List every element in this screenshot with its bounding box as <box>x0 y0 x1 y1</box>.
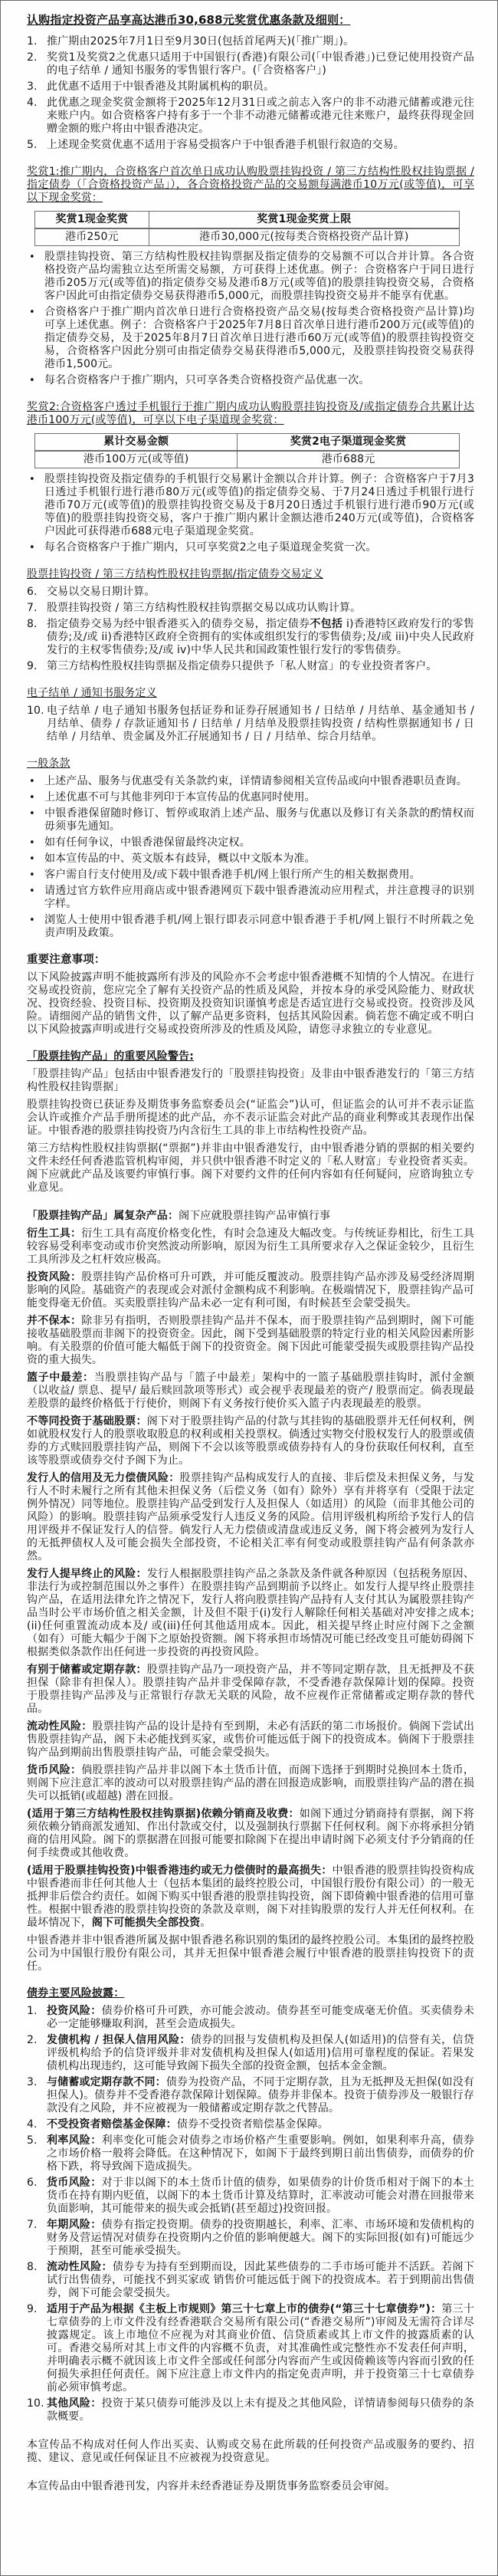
table-cell: 港币30,000元(按每类合资格投资产品计算) <box>149 228 459 246</box>
text-run: 「股票挂钩产品」包括由中银香港发行的「股票挂钩投资」及非由中银香港发行的「第三方… <box>27 1068 474 1093</box>
item-text: 电子结单 / 电子通知书服务包括证券和证券孖展通知书 / 日结单 / 月结单、基… <box>47 705 474 744</box>
item-text: 上述现金奖赏优惠不适用于容易受损客户于中银香港手机银行叙造的交易。 <box>47 139 474 152</box>
numbered-item: 1.推广期由2025年7月1日至9月30日(包括首尾两天)(「推广期」)。 <box>27 35 474 48</box>
text-run: 股票挂钩产品的设计是持有至到期，未必有活跃的第二市场报价。倘阁下尝试出售股票挂钩… <box>27 1720 474 1759</box>
text-run: 股票挂钩产品构成发行人的直接、非后偿及未担保义务，与发行人不时未履行之所有其他未… <box>27 1472 474 1562</box>
item-number: 3. <box>27 2076 47 2115</box>
text-run: 投资于某只债券可能涉及以上未有提及之其他风险，详情请参阅每只债券的条款概要。 <box>47 2397 474 2423</box>
bullet-marker <box>27 807 44 833</box>
bullet-item: 如本宣传品的中、英文版本有歧异，概以中文版本为准。 <box>27 853 474 866</box>
item-text: 中银香港保留随时修订、暂停或取消上述产品、服务与优惠以及修订有关条款的酌情权而毋… <box>44 807 474 833</box>
item-text: 投资风险：债券价格可升可跌，亦可能会波动。债券甚至可能变成毫无价值。买卖债券未必… <box>47 2005 474 2031</box>
bullet-marker <box>27 885 44 911</box>
text-run: 请透过官方软件应用商店或中银香港网页下载中银香港流动应用程式，并注意搜寻的识别字… <box>44 885 474 910</box>
numbered-item: 2.发债机构 / 担保人信用风险：债券的回报与发债机构及担保人(如适用)的信誉有… <box>27 2034 474 2073</box>
text-run: 发行人根据股票挂钩产品之条款及条件就各种原因（包括税务原因、非法行为或控制范围以… <box>27 1568 474 1658</box>
item-text: 上述优惠不可与其他非列印于本宣传品的优惠同时使用。 <box>44 791 474 804</box>
numbered-list: 6.交易以交易日期计算。7.股票挂钩投资 / 第三方结构性股权挂钩票据交易以成功… <box>27 586 474 673</box>
bullet-item: 浏览人士使用中银香港手机/网上银行即表示同意中银香港于手机/网上银行不时所载之免… <box>27 914 474 940</box>
numbered-item: 10.电子结单 / 电子通知书服务包括证券和证券孖展通知书 / 日结单 / 月结… <box>27 705 474 744</box>
item-text: 股票挂钩投资 / 第三方结构性股权挂钩票据交易以成功认购计算。 <box>47 602 474 615</box>
text-run: 股票挂钩产品价格可升可跌，并可能反覆波动。股票挂钩产品亦涉及易受经济周期影响的风… <box>27 1271 474 1309</box>
text-run: 奖赏1及奖赏2之优惠只适用于中国银行(香港)有限公司(「中银香港」)已登记使用投… <box>47 51 474 77</box>
paragraph: 本宣传品由中银香港刊发，内容并未经香港证券及期货事务监察委员会审阅。 <box>27 2480 474 2493</box>
item-text: 客户需自行支付使用及/或下载中银香港手机/网上银行所产生的相关数据费用。 <box>44 869 474 882</box>
reward-table: 奖赏1现金奖赏奖赏1现金奖赏上限港币250元港币30,000元(按每类合资格投资… <box>34 211 460 246</box>
item-text: 货币风险：对于非以阁下的本土货币计值的债券，如果债券的计价货币相对于阁下的本土货… <box>47 2177 474 2216</box>
item-number: 10. <box>27 705 47 744</box>
text-run: 奖赏2:合资格客户透过手机银行于推广期内成功认购股票挂钩投资及/或指定债券合共累… <box>27 401 474 426</box>
bullet-marker <box>27 914 44 940</box>
text-run: 如本宣传品的中、英文版本有歧异，概以中文版本为准。 <box>44 853 316 865</box>
text-run: 上述产品、服务与优惠受有关条款约束，详情请参阅相关宣传品或向中银香港职员查询。 <box>44 775 467 787</box>
paragraph: 本宣传品不构成对任何人作出买卖、认购或交易在此所载的任何投资产品或服务的要约、招… <box>27 2439 474 2465</box>
text-run: 货币风险： <box>27 1764 81 1776</box>
item-text: 年期风险：债券有指定投资期。债券的投资期越长，利率、汇率、市场环境和发债机构的财… <box>47 2219 474 2258</box>
text-run: 对于非以阁下的本土货币计值的债券，如果债券的计价货币相对于阁下的本土货币在持有期… <box>47 2177 474 2215</box>
item-text: 每名合资格客户于推广期内，只可享奖赏2之电子渠道现金奖赏一次。 <box>44 541 474 554</box>
table-header-cell: 奖赏1现金奖赏上限 <box>149 212 459 229</box>
item-text: 推广期由2025年7月1日至9月30日(包括首尾两天)(「推广期」)。 <box>47 35 474 48</box>
bullet-item: 股票挂钩投资及指定债券的手机银行交易累计金额以合并计算。例子：合资格客户于7月3… <box>27 473 474 538</box>
paragraph: 「股票挂钩产品」属复杂产品：阁下应就股票挂钩产品审慎行事 <box>27 1210 474 1223</box>
section-heading: 债券主要风险披露： <box>27 1987 474 2000</box>
section-heading: 一般条款 <box>27 757 474 770</box>
bullet-marker <box>27 473 44 538</box>
text-run: 中银香港并非中银香港所属及据中银香港名称识别的集团的最终控股公司。本集团的最终控… <box>27 1934 474 1973</box>
text-run: 投资风险： <box>47 2005 102 2017</box>
item-text: 股票挂钩投资、第三方结构性股权挂钩票据及指定债券的交易额不可以合并计算。各合资格… <box>44 251 474 303</box>
item-text: 此优惠之现金奖赏金额将于2025年12月31日或之前志入客户的非不动港元储蓄或港… <box>47 97 474 136</box>
text-run: 股票挂钩投资 / 第三方结构性股权挂钩票据交易以成功认购计算。 <box>47 602 361 614</box>
paragraph: (适用于第三方结构性股权挂钩票据)依赖分销商及收费：如阁下通过分销商持有票据，阁… <box>27 1808 474 1860</box>
bullet-marker <box>27 775 44 788</box>
text-run: 每名合资格客户于推广期内，只可享各类合资格投资产品优惠一次。 <box>44 374 370 386</box>
text-run: 上述现金奖赏优惠不适用于容易受损客户于中银香港手机银行叙造的交易。 <box>47 139 405 151</box>
paragraph: 投资风险：股票挂钩产品价格可升可跌，并可能反覆波动。股票挂钩产品亦涉及易受经济周… <box>27 1271 474 1310</box>
item-text: 奖赏1及奖赏2之优惠只适用于中国银行(香港)有限公司(「中银香港」)已登记使用投… <box>47 51 474 77</box>
numbered-item: 7.年期风险：债券有指定投资期。债券的投资期越长，利率、汇率、市场环境和发债机构… <box>27 2219 474 2258</box>
item-text: 发债机构 / 担保人信用风险：债券的回报与发债机构及担保人(如适用)的信誉有关，… <box>47 2034 474 2073</box>
text-run: 不等同投资于基础股票： <box>27 1415 147 1428</box>
item-text: 其他风险：投资于某只债券可能涉及以上未有提及之其他风险，详情请参阅每只债券的条款… <box>47 2397 474 2423</box>
section-heading: 「股票挂钩产品」的重要风险警告: <box>27 1050 474 1063</box>
bullet-marker <box>27 853 44 866</box>
paragraph: 发行人提早终止的风险：发行人根据股票挂钩产品之条款及条件就各种原因（包括税务原因… <box>27 1568 474 1659</box>
item-text: 指定债券交易为经中银香港买入的债券交易，指定债券不包括 i)香港特区政府发行的零… <box>47 618 474 657</box>
numbered-item: 2.奖赏1及奖赏2之优惠只适用于中国银行(香港)有限公司(「中银香港」)已登记使… <box>27 51 474 77</box>
item-number: 9. <box>27 660 47 673</box>
item-text: 每名合资格客户于推广期内，只可享各类合资格投资产品优惠一次。 <box>44 374 474 387</box>
item-number: 3. <box>27 80 47 94</box>
numbered-item: 6.交易以交易日期计算。 <box>27 586 474 599</box>
bullet-list: 股票挂钩投资、第三方结构性股权挂钩票据及指定债券的交易额不可以合并计算。各合资格… <box>27 251 474 387</box>
item-number: 1. <box>27 35 47 48</box>
text-run: 「股票挂钩产品」的重要风险警告: <box>27 1050 194 1063</box>
numbered-item: 3.与储蓄或定期存款不同：债券为投资产品，不同于定期存款，且为无抵押及无担保(如… <box>27 2076 474 2115</box>
text-run: 浏览人士使用中银香港手机/网上银行即表示同意中银香港于手机/网上银行不时所载之免… <box>44 914 474 939</box>
item-number: 7. <box>27 602 47 615</box>
text-run: 与储蓄或定期存款不同： <box>47 2076 166 2088</box>
bullet-item: 股票挂钩投资、第三方结构性股权挂钩票据及指定债券的交易额不可以合并计算。各合资格… <box>27 251 474 303</box>
bullet-list: 上述产品、服务与优惠受有关条款约束，详情请参阅相关宣传品或向中银香港职员查询。上… <box>27 775 474 940</box>
item-text: 合资格客户于推广期内首次单日进行合资格投资产品交易(按每类合资格投资产品计算)均… <box>44 306 474 371</box>
text-run: 其他风险： <box>47 2397 102 2410</box>
paragraph: 不等同投资于基础股票：阁下对于股票挂钩产品的付款与其挂钩的基础股票并无任何权利，… <box>27 1415 474 1467</box>
bullet-item: 客户需自行支付使用及/或下载中银香港手机/网上银行所产生的相关数据费用。 <box>27 869 474 882</box>
numbered-list: 10.电子结单 / 电子通知书服务包括证券和证券孖展通知书 / 日结单 / 月结… <box>27 705 474 744</box>
section-heading: 奖赏1:推广期内，合资格客户首次单日成功认购股票挂钩投资 / 第三方结构性股权挂… <box>27 166 474 205</box>
table-cell: 港币100万元(或等值) <box>35 451 238 468</box>
item-text: 上述产品、服务与优惠受有关条款约束，详情请参阅相关宣传品或向中银香港职员查询。 <box>44 775 474 788</box>
page-title: 认购指定投资产品享高达港币30,688元奖赏优惠条款及细则： <box>27 13 474 28</box>
item-text: 流动性风险：债券专为持有至到期而设，因此某些债券的二手市场可能并不活跃。若阁下试… <box>47 2261 474 2300</box>
table-header-cell: 奖赏1现金奖赏 <box>35 212 149 229</box>
paragraph: 并不保本：除非另有指明，否则股票挂钩产品并不保本，而于股票挂钩产品到期时，阁下可… <box>27 1315 474 1367</box>
text-run: 每名合资格客户于推广期内，只可享奖赏2之电子渠道现金奖赏一次。 <box>44 541 377 554</box>
text-run: (适用于股票挂钩投资)中银香港违约或无力偿债时的最高损失： <box>27 1865 333 1877</box>
numbered-item: 9.适用于产品为根据《主板上市规则》第三十七章上市的债券(“第三十七章债券”)：… <box>27 2303 474 2394</box>
item-text: 如本宣传品的中、英文版本有歧异，概以中文版本为准。 <box>44 853 474 866</box>
table-row: 港币250元港币30,000元(按每类合资格投资产品计算) <box>35 228 460 246</box>
numbered-item: 8.指定债券交易为经中银香港买入的债券交易，指定债券不包括 i)香港特区政府发行… <box>27 618 474 657</box>
reward-table: 累计交易金额奖赏2电子渠道现金奖赏港币100万元(或等值)港币688元 <box>34 433 460 468</box>
text-run: 此优惠不适用于中银香港及其附属机构的职员。 <box>47 80 274 93</box>
text-run: 发债机构 / 担保人信用风险： <box>47 2034 191 2046</box>
table-row: 港币100万元(或等值)港币688元 <box>35 451 460 468</box>
text-run: 流动性风险： <box>47 2261 113 2273</box>
item-text: 请透过官方软件应用商店或中银香港网页下载中银香港流动应用程式，并注意搜寻的识别字… <box>44 885 474 911</box>
text-run: 第三方结构性股权挂钩票据(“票据”)并非由中银香港发行，由中银香港分销的票据的相… <box>27 1142 474 1194</box>
text-run: 衍生工具： <box>27 1227 81 1240</box>
item-number: 4. <box>27 2118 47 2131</box>
paragraph: 第三方结构性股权挂钩票据(“票据”)并非由中银香港发行，由中银香港分销的票据的相… <box>27 1142 474 1194</box>
text-run: 以下风险披露声明不能披露所有涉及的风险亦不会考虑中银香港概不知情的个人情况。在进… <box>27 971 474 1036</box>
text-run: 推广期由2025年7月1日至9月30日(包括首尾两天)(「推广期」)。 <box>47 35 354 48</box>
numbered-item: 6.货币风险：对于非以阁下的本土货币计值的债券，如果债券的计价货币相对于阁下的本… <box>27 2177 474 2216</box>
text-run: 交易以交易日期计算。 <box>47 586 156 598</box>
text-run: 上述优惠不可与其他非列印于本宣传品的优惠同时使用。 <box>44 791 316 803</box>
bullet-marker <box>27 251 44 303</box>
bullet-marker <box>27 869 44 882</box>
text-run: 本宣传品不构成对任何人作出买卖、认购或交易在此所载的任何投资产品或服务的要约、招… <box>27 2439 474 2464</box>
text-run: 利率变化可能会对债券之市场价格产生重要影响。例如，如果利率升高，债券之市场价格一… <box>47 2134 474 2173</box>
item-text: 适用于产品为根据《主板上市规则》第三十七章上市的债券(“第三十七章债券”)：第三… <box>47 2303 474 2394</box>
text-run: 合资格客户于推广期内首次单日进行合资格投资产品交易(按每类合资格投资产品计算)均… <box>44 306 474 370</box>
section-heading: 奖赏2:合资格客户透过手机银行于推广期内成功认购股票挂钩投资及/或指定债券合共累… <box>27 401 474 427</box>
numbered-item: 7.股票挂钩投资 / 第三方结构性股权挂钩票据交易以成功认购计算。 <box>27 602 474 615</box>
text-run: 衍生工具有高度价格变化性，有时会急速及大幅改变。与传统证券相比，衍生工具较容易受… <box>27 1227 474 1266</box>
numbered-item: 5.上述现金奖赏优惠不适用于容易受损客户于中银香港手机银行叙造的交易。 <box>27 139 474 152</box>
table-cell: 港币250元 <box>35 228 149 246</box>
section-heading: 股票挂钩投资 / 第三方结构性股权挂钩票据/指定债券交易定义 <box>27 568 474 581</box>
bullet-item: 中银香港保留随时修订、暂停或取消上述产品、服务与优惠以及修订有关条款的酌情权而毋… <box>27 807 474 833</box>
bullet-item: 每名合资格客户于推广期内，只可享各类合资格投资产品优惠一次。 <box>27 374 474 387</box>
paragraph: 有别于储蓄或定期存款：股票挂钩产品乃一项投资产品，并不等同定期存款，且无抵押及不… <box>27 1664 474 1716</box>
text-run: 股票挂钩投资 / 第三方结构性股权挂钩票据/指定债券交易定义 <box>27 568 323 580</box>
item-number: 5. <box>27 2134 47 2173</box>
paragraph: 货币风险：倘股票挂钩产品并非以阁下本土货币计值，而阁下选择于到期时兑换回本土货币… <box>27 1764 474 1803</box>
numbered-item: 1.投资风险：债券价格可升可跌，亦可能会波动。债券甚至可能变成毫无价值。买卖债券… <box>27 2005 474 2031</box>
item-text: 如有任何争议，中银香港保留最终决定权。 <box>44 836 474 849</box>
bullet-marker <box>27 791 44 804</box>
item-text: 第三方结构性股权挂钩票据及指定债券只提供予「私人财富」的专业投资者客户。 <box>47 660 474 673</box>
numbered-item: 8.流动性风险：债券专为持有至到期而设，因此某些债券的二手市场可能并不活跃。若阁… <box>27 2261 474 2300</box>
text-run: 重要注意事项： <box>27 954 106 966</box>
item-text: 与储蓄或定期存款不同：债券为投资产品，不同于定期存款，且为无抵押及无担保(如没有… <box>47 2076 474 2115</box>
item-number: 8. <box>27 2261 47 2300</box>
text-run: 第三十七章债券的上市文件没有经香港联合交易所有限公司(“香港交易所”)审阅及无需… <box>47 2303 474 2394</box>
text-run: 不包括 <box>310 618 342 630</box>
text-run: 客户需自行支付使用及/或下载中银香港手机/网上银行所产生的相关数据费用。 <box>44 869 421 881</box>
text-run: 股票挂钩投资及指定债券的手机银行交易累计金额以合并计算。例子：合资格客户于7月3… <box>44 473 474 537</box>
text-run: 电子结单 / 通知书服务定义 <box>27 687 157 699</box>
text-run: 电子结单 / 电子通知书服务包括证券和证券孖展通知书 / 日结单 / 月结单、基… <box>47 705 474 743</box>
numbered-item: 10.其他风险：投资于某只债券可能涉及以上未有提及之其他风险，详情请参阅每只债券… <box>27 2397 474 2423</box>
item-number: 5. <box>27 139 47 152</box>
text-run: 阁下可能损失全部投资 <box>92 1917 201 1929</box>
bullet-marker <box>27 306 44 371</box>
item-text: 交易以交易日期计算。 <box>47 586 474 599</box>
text-run: 利率风险： <box>47 2134 102 2147</box>
section-heading: 电子结单 / 通知书服务定义 <box>27 687 474 700</box>
item-text: 不受投资者赔偿基金保障：债券不受投资者赔偿基金保障。 <box>47 2118 474 2131</box>
text-run: 适用于产品为根据《主板上市规则》第三十七章上市的债券(“第三十七章债券”)： <box>47 2303 441 2315</box>
item-text: 利率风险：利率变化可能会对债券之市场价格产生重要影响。例如，如果利率升高，债券之… <box>47 2134 474 2173</box>
numbered-item: 9.第三方结构性股权挂钩票据及指定债券只提供予「私人财富」的专业投资者客户。 <box>27 660 474 673</box>
bullet-item: 请透过官方软件应用商店或中银香港网页下载中银香港流动应用程式，并注意搜寻的识别字… <box>27 885 474 911</box>
text-run: 不受投资者赔偿基金保障： <box>47 2118 177 2131</box>
bullet-item: 每名合资格客户于推广期内，只可享奖赏2之电子渠道现金奖赏一次。 <box>27 541 474 554</box>
text-run: 「股票挂钩产品」属复杂产品： <box>27 1210 179 1222</box>
numbered-item: 3.此优惠不适用于中银香港及其附属机构的职员。 <box>27 80 474 94</box>
text-run: 阁下应就股票挂钩产品审慎行事 <box>179 1210 330 1222</box>
text-run: 一般条款 <box>27 757 70 770</box>
text-run: 第三方结构性股权挂钩票据及指定债券只提供予「私人财富」的专业投资者客户。 <box>47 660 437 672</box>
text-run: 债券有指定投资期。债券的投资期越长，利率、汇率、市场环境和发债机构的财务及营运情… <box>47 2219 474 2257</box>
text-run: 债券不受投资者赔偿基金保障。 <box>177 2118 329 2131</box>
table-header-cell: 奖赏2电子渠道现金奖赏 <box>238 434 459 452</box>
bullet-marker <box>27 836 44 849</box>
item-number: 10. <box>27 2397 47 2423</box>
item-number: 2. <box>27 51 47 77</box>
document-page: 认购指定投资产品享高达港币30,688元奖赏优惠条款及细则：1.推广期由2025… <box>0 0 498 2576</box>
text-run: 股票挂钩投资、第三方结构性股权挂钩票据及指定债券的交易额不可以合并计算。各合资格… <box>44 251 474 302</box>
numbered-item: 4.不受投资者赔偿基金保障：债券不受投资者赔偿基金保障。 <box>27 2118 474 2131</box>
text-run: 投资风险： <box>27 1271 81 1283</box>
section-heading: 重要注意事项： <box>27 954 474 967</box>
item-number: 7. <box>27 2219 47 2258</box>
table-cell: 港币688元 <box>238 451 459 468</box>
item-number: 6. <box>27 2177 47 2216</box>
text-run: 并不保本： <box>27 1315 81 1327</box>
item-number: 6. <box>27 586 47 599</box>
item-number: 8. <box>27 618 47 657</box>
table-header-row: 奖赏1现金奖赏奖赏1现金奖赏上限 <box>35 212 460 229</box>
table-header-row: 累计交易金额奖赏2电子渠道现金奖赏 <box>35 434 460 452</box>
document-content: 认购指定投资产品享高达港币30,688元奖赏优惠条款及细则：1.推广期由2025… <box>27 13 474 2493</box>
paragraph: 中银香港并非中银香港所属及据中银香港名称识别的集团的最终控股公司。本集团的最终控… <box>27 1934 474 1973</box>
bullet-item: 如有任何争议，中银香港保留最终决定权。 <box>27 836 474 849</box>
item-text: 股票挂钩投资及指定债券的手机银行交易累计金额以合并计算。例子：合资格客户于7月3… <box>44 473 474 538</box>
bullet-list: 股票挂钩投资及指定债券的手机银行交易累计金额以合并计算。例子：合资格客户于7月3… <box>27 473 474 554</box>
text-run: 篮子中最差： <box>27 1372 94 1384</box>
paragraph: 流动性风险：股票挂钩产品的设计是持有至到期，未必有活跃的第二市场报价。倘阁下尝试… <box>27 1720 474 1760</box>
bullet-item: 合资格客户于推广期内首次单日进行合资格投资产品交易(按每类合资格投资产品计算)均… <box>27 306 474 371</box>
numbered-item: 4.此优惠之现金奖赏金额将于2025年12月31日或之前志入客户的非不动港元储蓄… <box>27 97 474 136</box>
item-text: 此优惠不适用于中银香港及其附属机构的职员。 <box>47 80 474 94</box>
numbered-list: 1.投资风险：债券价格可升可跌，亦可能会波动。债券甚至可能变成毫无价值。买卖债券… <box>27 2005 474 2423</box>
text-run: 除非另有指明，否则股票挂钩产品并不保本，而于股票挂钩产品到期时，阁下可能接收基础… <box>27 1315 474 1366</box>
paragraph: 「股票挂钩产品」包括由中银香港发行的「股票挂钩投资」及非由中银香港发行的「第三方… <box>27 1068 474 1094</box>
text-run: 发行人的信用及无力偿债风险： <box>27 1472 179 1484</box>
text-run: 流动性风险： <box>27 1720 92 1733</box>
bullet-item: 上述产品、服务与优惠受有关条款约束，详情请参阅相关宣传品或向中银香港职员查询。 <box>27 775 474 788</box>
paragraph: 衍生工具：衍生工具有高度价格变化性，有时会急速及大幅改变。与传统证券相比，衍生工… <box>27 1227 474 1267</box>
text-run: 年期风险： <box>47 2219 102 2231</box>
item-number: 1. <box>27 2005 47 2031</box>
text-run: 。 <box>200 1917 211 1929</box>
paragraph: 篮子中最差：当股票挂钩产品与「篮子中最差」架构中的一篮子基础股票挂钩时，派付金额… <box>27 1372 474 1411</box>
paragraph: (适用于股票挂钩投资)中银香港违约或无力偿债时的最高损失：中银香港的股票挂钩投资… <box>27 1865 474 1930</box>
bullet-item: 上述优惠不可与其他非列印于本宣传品的优惠同时使用。 <box>27 791 474 804</box>
text-run: 债券主要风险披露： <box>27 1987 124 1999</box>
text-run: 中银香港保留随时修订、暂停或取消上述产品、服务与优惠以及修订有关条款的酌情权而毋… <box>44 807 474 833</box>
paragraph: 股票挂钩投资已获证券及期货事务监察委员会(“证监会”)认可，但证监会的认可并不表… <box>27 1099 474 1138</box>
item-number: 4. <box>27 97 47 136</box>
text-run: 当股票挂钩产品与「篮子中最差」架构中的一篮子基础股票挂钩时，派付金额（以收益/ … <box>27 1372 474 1410</box>
text-run: 发行人提早终止的风险： <box>27 1568 147 1580</box>
text-run: 如有任何争议，中银香港保留最终决定权。 <box>44 836 251 849</box>
text-run: (适用于第三方结构性股权挂钩票据)依赖分销商及收费： <box>27 1808 300 1820</box>
text-run: 指定债券交易为经中银香港买入的债券交易，指定债券 <box>47 618 310 630</box>
numbered-item: 5.利率风险：利率变化可能会对债券之市场价格产生重要影响。例如，如果利率升高，债… <box>27 2134 474 2173</box>
text-run: 股票挂钩投资已获证券及期货事务监察委员会(“证监会”)认可，但证监会的认可并不表… <box>27 1099 474 1137</box>
bullet-marker <box>27 541 44 554</box>
item-number: 9. <box>27 2303 47 2394</box>
table-header-cell: 累计交易金额 <box>35 434 238 452</box>
text-run: 有别于储蓄或定期存款： <box>27 1664 147 1676</box>
numbered-list: 1.推广期由2025年7月1日至9月30日(包括首尾两天)(「推广期」)。2.奖… <box>27 35 474 152</box>
paragraph: 发行人的信用及无力偿债风险：股票挂钩产品构成发行人的直接、非后偿及未担保义务，与… <box>27 1472 474 1563</box>
text-run: 此优惠之现金奖赏金额将于2025年12月31日或之前志入客户的非不动港元储蓄或港… <box>47 97 474 135</box>
text-run: 货币风险： <box>47 2177 102 2189</box>
text-run: 奖赏1:推广期内，合资格客户首次单日成功认购股票挂钩投资 / 第三方结构性股权挂… <box>27 166 474 204</box>
text-run: 倘股票挂钩产品并非以阁下本土货币计值，而阁下选择于到期时兑换回本土货币，则阁下应… <box>27 1764 474 1802</box>
paragraph: 以下风险披露声明不能披露所有涉及的风险亦不会考虑中银香港概不知情的个人情况。在进… <box>27 971 474 1037</box>
item-text: 浏览人士使用中银香港手机/网上银行即表示同意中银香港于手机/网上银行不时所载之免… <box>44 914 474 940</box>
item-number: 2. <box>27 2034 47 2073</box>
text-run: 本宣传品由中银香港刊发，内容并未经香港证券及期货事务监察委员会审阅。 <box>27 2480 395 2492</box>
bullet-marker <box>27 374 44 387</box>
text-run: 债券价格可升可跌，亦可能会波动。债券甚至可能变成毫无价值。买卖债券未必一定能够赚… <box>47 2005 474 2030</box>
